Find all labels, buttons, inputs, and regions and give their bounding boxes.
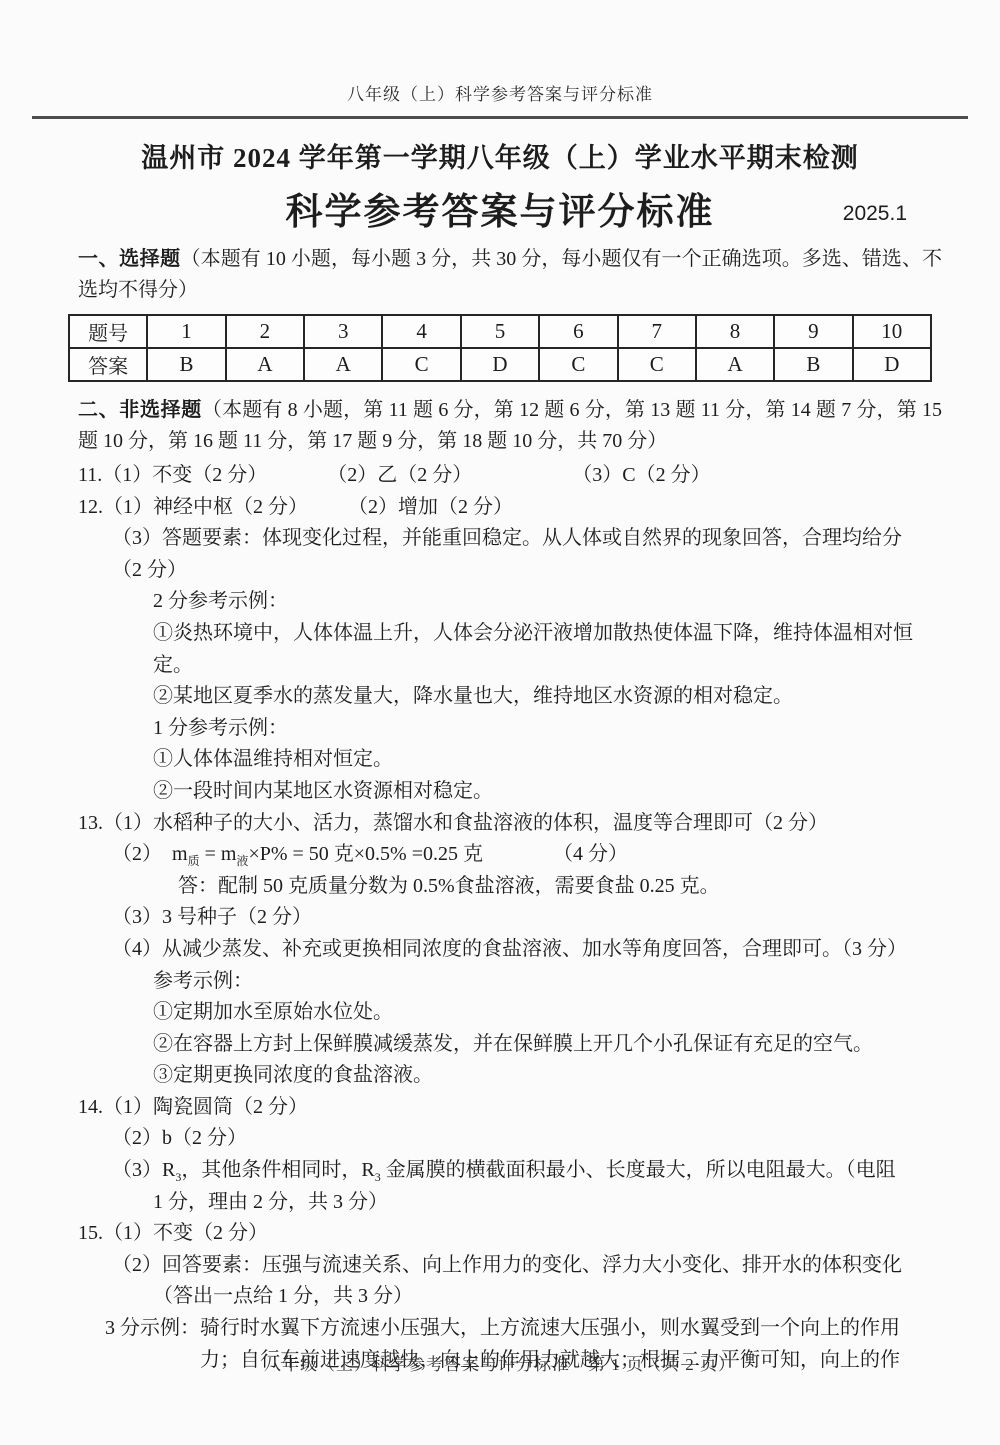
answer-line: ②某地区夏季水的蒸发量大，降水量也大，维持地区水资源的相对稳定。 <box>78 681 942 713</box>
answer-text: ②一段时间内某地区水资源相对稳定。 <box>153 780 493 802</box>
answer-text: （2 分） <box>112 559 187 581</box>
answer-cell: A <box>226 348 304 381</box>
footer-doc-title: 八年级（上）科学参考答案与评分标准 <box>264 1355 570 1374</box>
answer-cell: D <box>853 348 931 381</box>
answer-text: 参考示例： <box>153 970 253 992</box>
answer-cell: D <box>461 348 539 381</box>
answer-line: 12.（1）神经中枢（2 分） （2）增加（2 分） <box>78 492 942 524</box>
section-nonchoice-heading: 二、非选择题（本题有 8 小题，第 11 题 6 分，第 12 题 6 分，第 … <box>78 395 942 457</box>
answer-text: 定。 <box>153 654 193 676</box>
answer-text: 15.（1）不变（2 分） <box>78 1222 268 1244</box>
answer-line: （答出一点给 1 分，共 3 分） <box>78 1281 942 1313</box>
answer-text: 答：配制 50 克质量分数为 0.5%食盐溶液，需要食盐 0.25 克。 <box>178 875 720 897</box>
answer-line: 11.（1）不变（2 分） （2）乙（2 分） （3）C（2 分） <box>78 460 942 492</box>
answer-text: ×P% = 50 克×0.5% =0.25 克 （4 分） <box>248 843 628 865</box>
answer-text: ②在容器上方封上保鲜膜减缓蒸发，并在保鲜膜上开几个小孔保证有充足的空气。 <box>153 1033 873 1055</box>
question-number-cell: 10 <box>853 315 931 348</box>
answer-text: 金属膜的横截面积最小、长度最大，所以电阻最大。（电阻 <box>381 1159 896 1181</box>
exam-title: 温州市 2024 学年第一学期八年级（上）学业水平期末检测 <box>0 136 1000 175</box>
answer-line: ②一段时间内某地区水资源相对稳定。 <box>78 776 942 808</box>
question-number-cell: 9 <box>774 315 852 348</box>
answer-cell: C <box>382 348 460 381</box>
answer-text: ①人体体温维持相对恒定。 <box>153 748 393 770</box>
question-number-cell: 6 <box>539 315 617 348</box>
answer-line: （2） m质 = m液×P% = 50 克×0.5% =0.25 克 （4 分） <box>78 839 942 871</box>
answer-line: ①定期加水至原始水位处。 <box>78 997 942 1029</box>
answer-cell: B <box>147 348 225 381</box>
subtitle-row: 科学参考答案与评分标准 2025.1 <box>0 181 1000 231</box>
answer-line: 15.（1）不变（2 分） <box>78 1218 942 1250</box>
answer-cell: B <box>774 348 852 381</box>
answer-text: 2 分参考示例： <box>153 590 288 612</box>
answer-table-row-label: 题号 <box>69 315 147 348</box>
answer-line: （2）b（2 分） <box>78 1123 942 1155</box>
answer-text: （4）从减少蒸发、补充或更换相同浓度的食盐溶液、加水等角度回答，合理即可。（3 … <box>112 938 907 960</box>
answer-line: （3）3 号种子（2 分） <box>78 902 942 934</box>
answer-text: = m <box>200 843 237 865</box>
header-rule <box>32 116 968 119</box>
answer-text: 14.（1）陶瓷圆筒（2 分） <box>78 1096 308 1118</box>
answer-lines: 11.（1）不变（2 分） （2）乙（2 分） （3）C（2 分）12.（1）神… <box>78 460 942 1376</box>
section-choice-label: 一、选择题 <box>78 248 181 270</box>
section-choice-heading: 一、选择题（本题有 10 小题，每小题 3 分，共 30 分，每小题仅有一个正确… <box>78 244 942 306</box>
section-choice-note: （本题有 10 小题，每小题 3 分，共 30 分，每小题仅有一个正确选项。多选… <box>78 248 942 301</box>
answer-text: 1 分，理由 2 分，共 3 分） <box>153 1191 388 1213</box>
answer-text: （2） m <box>112 843 188 865</box>
answer-text: ②某地区夏季水的蒸发量大，降水量也大，维持地区水资源的相对稳定。 <box>153 685 793 707</box>
footer-page-number: 第 1 页（共 2 页） <box>588 1355 736 1374</box>
answer-text: （3）答题要素：体现变化过程，并能重回稳定。从人体或自然界的现象回答，合理均给分 <box>112 527 902 549</box>
question-number-cell: 8 <box>696 315 774 348</box>
answer-key-page: 八年级（上）科学参考答案与评分标准 温州市 2024 学年第一学期八年级（上）学… <box>0 0 1000 1445</box>
answer-line: ①炎热环境中，人体体温上升，人体会分泌汗液增加散热使体温下降，维持体温相对恒 <box>78 618 942 650</box>
answer-text: 12.（1）神经中枢（2 分） （2）增加（2 分） <box>78 496 513 518</box>
subscript-text: 液 <box>236 854 248 868</box>
answer-cell: C <box>539 348 617 381</box>
answer-line: 定。 <box>78 650 942 682</box>
answer-text: （3）3 号种子（2 分） <box>112 906 312 928</box>
answer-line: （3）R3，其他条件相同时，R3 金属膜的横截面积最小、长度最大，所以电阻最大。… <box>78 1155 942 1187</box>
answer-line: 1 分参考示例： <box>78 713 942 745</box>
answer-text: 11.（1）不变（2 分） （2）乙（2 分） （3）C（2 分） <box>78 464 711 486</box>
answer-text: （3）R <box>112 1159 175 1181</box>
answer-cell: A <box>696 348 774 381</box>
answer-line: ③定期更换同浓度的食盐溶液。 <box>78 1060 942 1092</box>
answer-line: （2）回答要素：压强与流速关系、向上作用力的变化、浮力大小变化、排开水的体积变化 <box>78 1250 942 1282</box>
answer-line: ①人体体温维持相对恒定。 <box>78 744 942 776</box>
section-nonchoice-note: （本题有 8 小题，第 11 题 6 分，第 12 题 6 分，第 13 题 1… <box>78 399 942 452</box>
answer-table: 题号12345678910答案BAACDCCABD <box>68 314 932 382</box>
document-body: 一、选择题（本题有 10 小题，每小题 3 分，共 30 分，每小题仅有一个正确… <box>0 244 1000 1376</box>
answer-line: （4）从减少蒸发、补充或更换相同浓度的食盐溶液、加水等角度回答，合理即可。（3 … <box>78 934 942 966</box>
answer-text: ③定期更换同浓度的食盐溶液。 <box>153 1064 433 1086</box>
question-number-cell: 5 <box>461 315 539 348</box>
question-number-cell: 7 <box>618 315 696 348</box>
answer-text: ，其他条件相同时，R <box>181 1159 374 1181</box>
answer-line: ②在容器上方封上保鲜膜减缓蒸发，并在保鲜膜上开几个小孔保证有充足的空气。 <box>78 1029 942 1061</box>
answer-table-row-label: 答案 <box>69 348 147 381</box>
question-number-cell: 3 <box>304 315 382 348</box>
answer-line: 13.（1）水稻种子的大小、活力，蒸馏水和食盐溶液的体积，温度等合理即可（2 分… <box>78 808 942 840</box>
answer-line: 答：配制 50 克质量分数为 0.5%食盐溶液，需要食盐 0.25 克。 <box>78 871 942 903</box>
answer-table-row: 题号12345678910 <box>69 315 931 348</box>
answer-text: 3 分示例：骑行时水翼下方流速小压强大，上方流速大压强小，则水翼受到一个向上的作… <box>105 1317 900 1339</box>
answer-table-row: 答案BAACDCCABD <box>69 348 931 381</box>
answer-text: （2）回答要素：压强与流速关系、向上作用力的变化、浮力大小变化、排开水的体积变化 <box>112 1254 902 1276</box>
answer-text: 13.（1）水稻种子的大小、活力，蒸馏水和食盐溶液的体积，温度等合理即可（2 分… <box>78 812 828 834</box>
question-number-cell: 2 <box>226 315 304 348</box>
answer-text: 1 分参考示例： <box>153 717 288 739</box>
section-nonchoice-label: 二、非选择题 <box>78 399 202 421</box>
answer-line: 3 分示例：骑行时水翼下方流速小压强大，上方流速大压强小，则水翼受到一个向上的作… <box>78 1313 942 1345</box>
answer-text: （2）b（2 分） <box>112 1127 247 1149</box>
answer-text: ①炎热环境中，人体体温上升，人体会分泌汗液增加散热使体温下降，维持体温相对恒 <box>153 622 913 644</box>
answer-text: （答出一点给 1 分，共 3 分） <box>153 1285 413 1307</box>
subscript-text: 质 <box>188 854 200 868</box>
running-header: 八年级（上）科学参考答案与评分标准 <box>0 0 1000 105</box>
answer-line: 14.（1）陶瓷圆筒（2 分） <box>78 1092 942 1124</box>
question-number-cell: 1 <box>147 315 225 348</box>
answer-line: 参考示例： <box>78 966 942 998</box>
answer-line: （2 分） <box>78 555 942 587</box>
answer-cell: C <box>618 348 696 381</box>
answer-line: （3）答题要素：体现变化过程，并能重回稳定。从人体或自然界的现象回答，合理均给分 <box>78 523 942 555</box>
answer-cell: A <box>304 348 382 381</box>
answer-text: ①定期加水至原始水位处。 <box>153 1001 393 1023</box>
exam-date: 2025.1 <box>843 202 907 226</box>
question-number-cell: 4 <box>382 315 460 348</box>
page-footer: 八年级（上）科学参考答案与评分标准 第 1 页（共 2 页） <box>0 1350 1000 1375</box>
answer-line: 1 分，理由 2 分，共 3 分） <box>78 1187 942 1219</box>
answer-line: 2 分参考示例： <box>78 586 942 618</box>
